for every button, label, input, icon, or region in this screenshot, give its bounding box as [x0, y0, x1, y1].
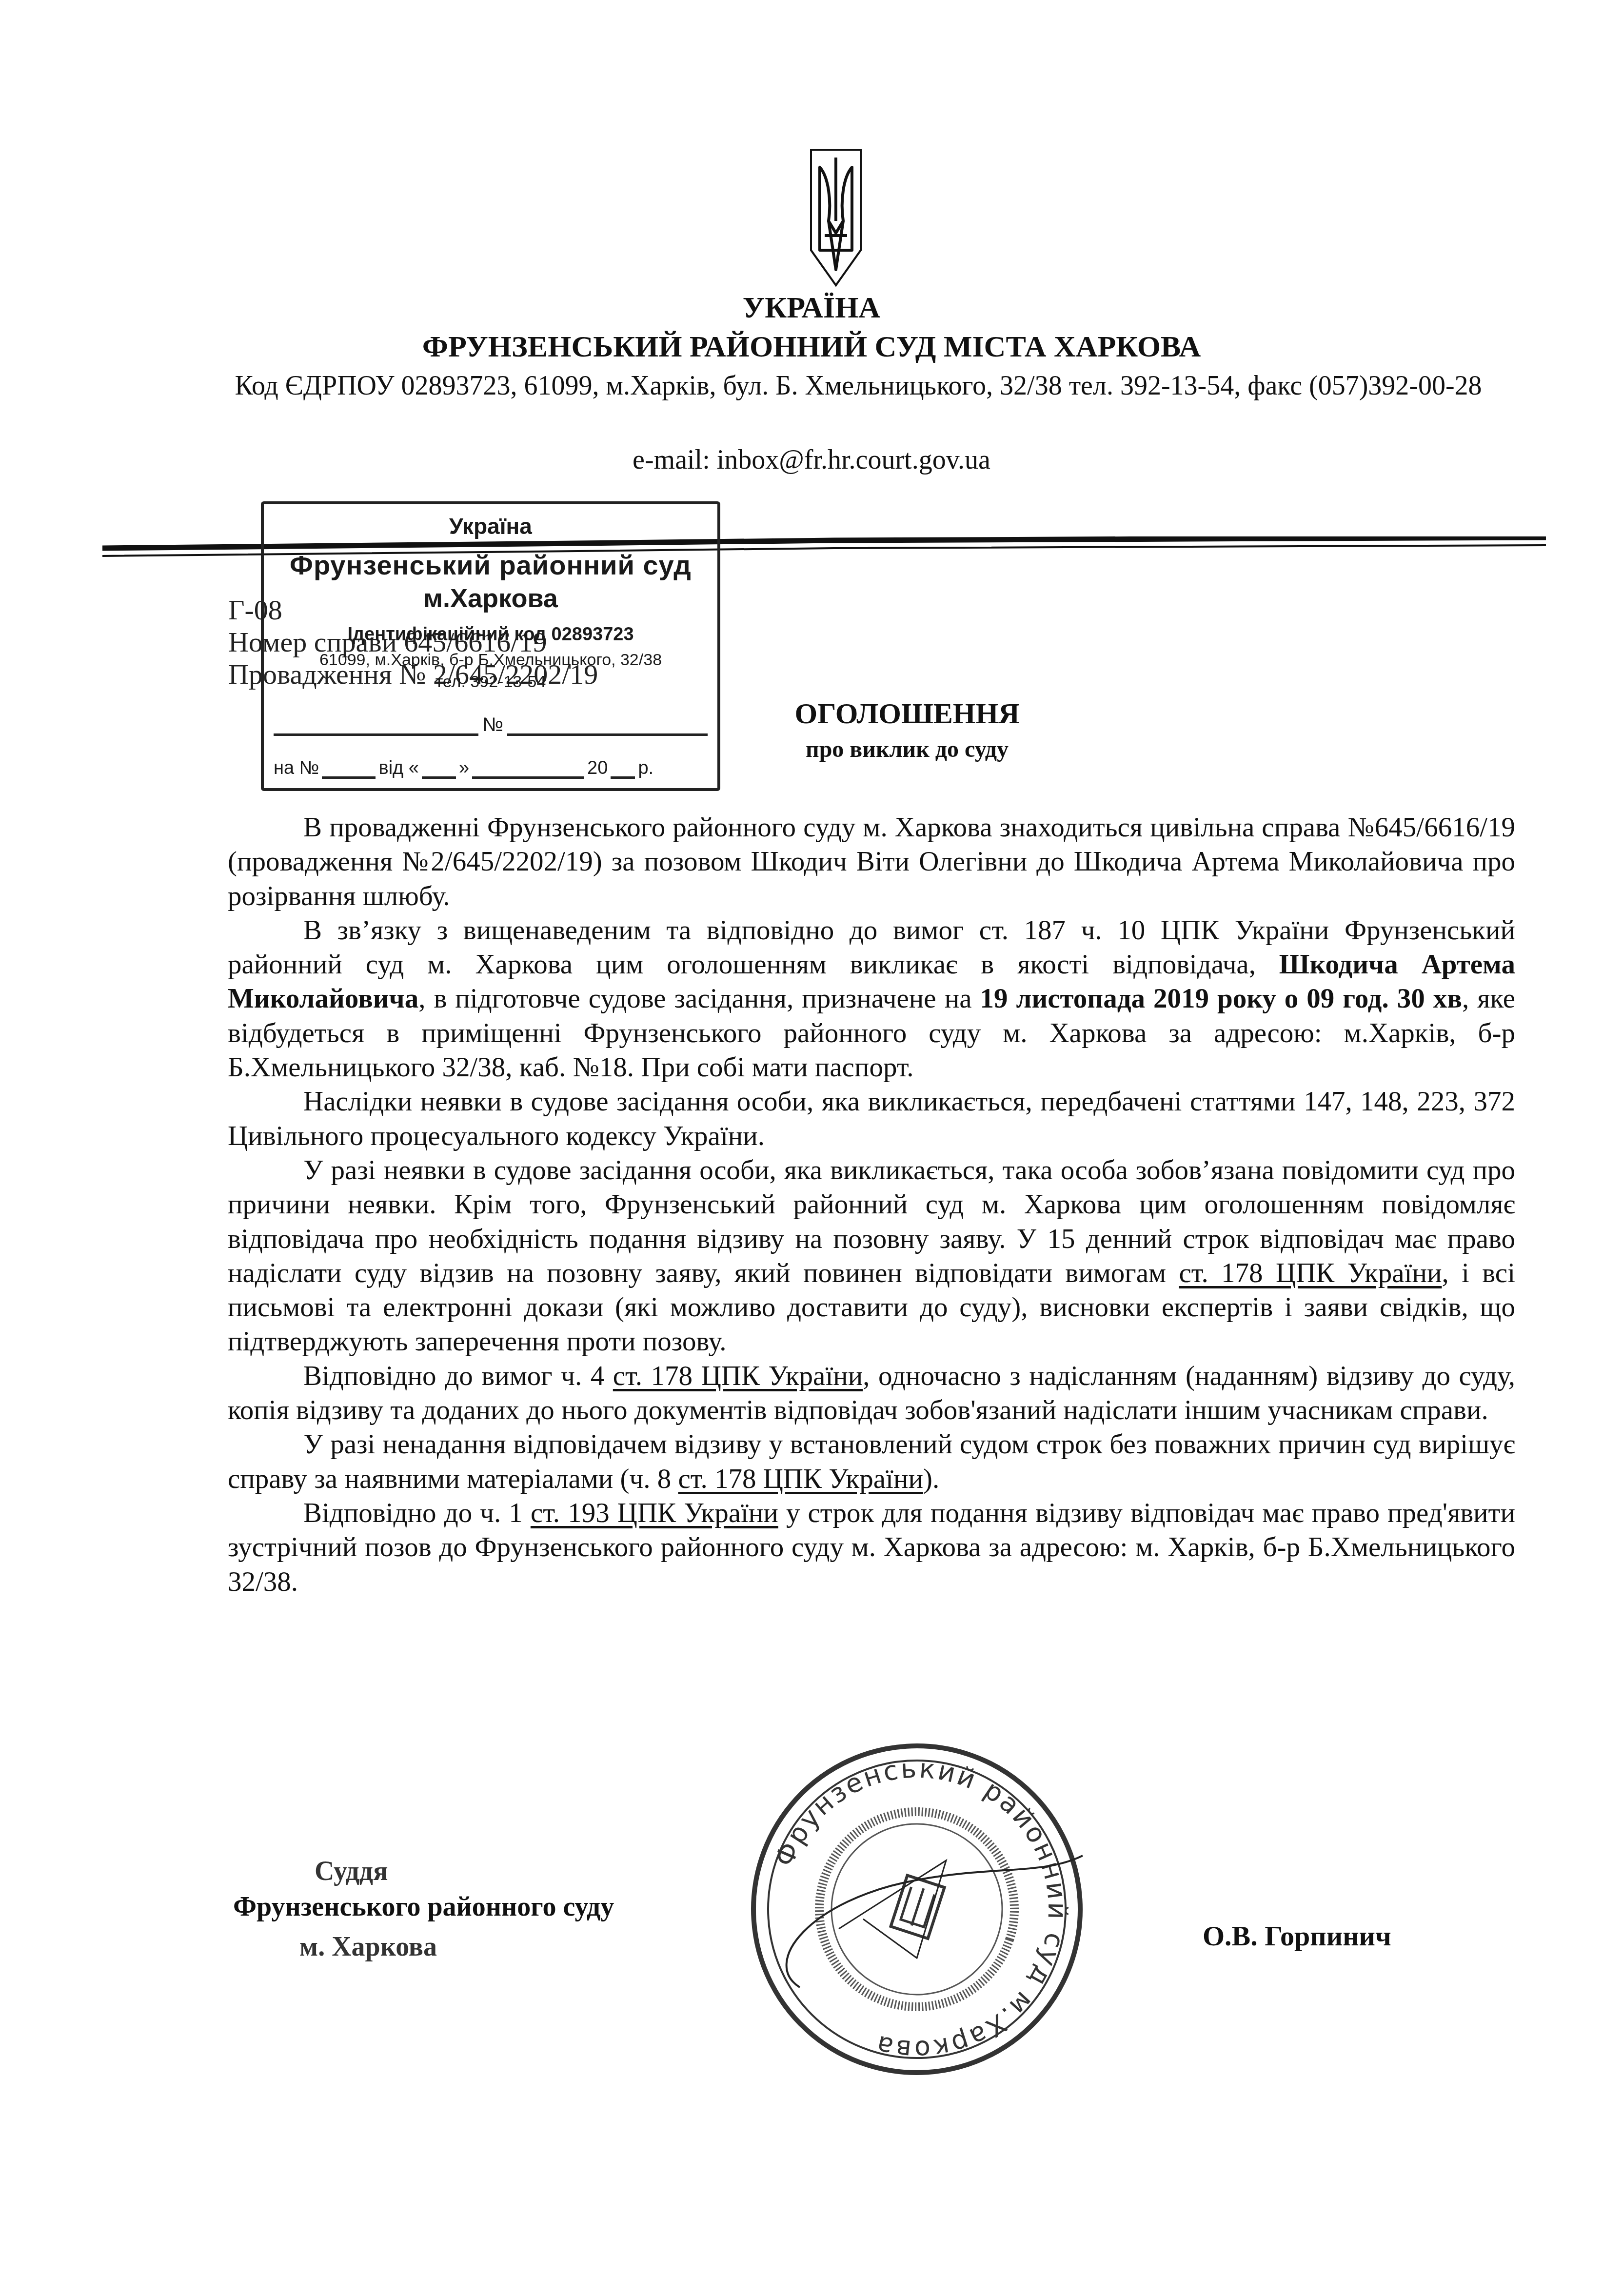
stamp-reply-line: на № від « » 20 р. — [274, 758, 708, 779]
stamp-reply-label: на № — [274, 758, 319, 779]
court-seal-icon: Фрунзенський районний суд м.Харкова — [741, 1734, 1092, 2085]
document-title: ОГОЛОШЕННЯ — [702, 696, 1112, 731]
header-email: e-mail: inbox@fr.hr.court.gov.ua — [0, 444, 1623, 476]
stamp-year-blank — [611, 760, 635, 779]
stamp-court: Фрунзенський районний суд — [264, 549, 717, 581]
header-country: УКРАЇНА — [0, 291, 1623, 325]
law-reference-link[interactable]: ст. 178 ЦПК України — [678, 1464, 923, 1494]
stamp-number-label: № — [482, 714, 503, 736]
paragraph-copies: Відповідно до вимог ч. 4 ст. 178 ЦПК Укр… — [228, 1359, 1515, 1428]
stamp-address: 61099, м.Харків, б-р Б.Хмельницького, 32… — [264, 651, 717, 670]
header-court-name: ФРУНЗЕНСЬКИЙ РАЙОННИЙ СУД МІСТА ХАРКОВА — [0, 330, 1623, 364]
signature-role: Суддя — [315, 1856, 388, 1887]
paragraph-consequences: Наслідки неявки в судове засідання особи… — [228, 1085, 1515, 1153]
law-reference-link[interactable]: ст. 178 ЦПК України — [1179, 1258, 1442, 1288]
law-reference-link[interactable]: ст. 178 ЦПК України — [613, 1361, 863, 1391]
paragraph-response: У разі неявки в судове засідання особи, … — [228, 1153, 1515, 1359]
stamp-number-blank — [507, 717, 708, 736]
registration-stamp: Україна Фрунзенський районний суд м.Харк… — [261, 501, 720, 791]
law-reference-link[interactable]: ст. 193 ЦПК України — [531, 1498, 778, 1528]
stamp-from-label: від « — [378, 758, 419, 779]
paragraph-counterclaim: Відповідно до ч. 1 ст. 193 ЦПК України у… — [228, 1496, 1515, 1599]
text: ). — [923, 1464, 939, 1494]
hearing-date: 19 листопада 2019 року о 09 год. 30 хв — [980, 983, 1462, 1014]
stamp-phone: тел. 392-13-54 — [264, 673, 717, 692]
stamp-month-blank — [472, 760, 584, 779]
stamp-city: м.Харкова — [264, 583, 717, 614]
stamp-year-prefix: 20 — [587, 758, 608, 779]
stamp-reply-blank — [322, 760, 376, 779]
stamp-day-blank — [422, 760, 456, 779]
text: Відповідно до ч. 1 — [303, 1498, 531, 1528]
stamp-year-suffix: р. — [638, 758, 653, 779]
text: Відповідно до вимог ч. 4 — [303, 1361, 613, 1391]
coat-of-arms-icon — [809, 148, 863, 287]
stamp-date-blank — [274, 717, 478, 736]
judge-name: О.В. Горпинич — [1203, 1920, 1391, 1952]
signature-court: Фрунзенського районного суду — [233, 1891, 614, 1922]
paragraph-case: В провадженні Фрунзенського районного су… — [228, 811, 1515, 913]
document-subtitle: про виклик до суду — [702, 735, 1112, 764]
stamp-quote: » — [459, 758, 469, 779]
document-body: В провадженні Фрунзенського районного су… — [228, 811, 1515, 1599]
header-address: Код ЄДРПОУ 02893723, 61099, м.Харків, бу… — [195, 370, 1522, 402]
paragraph-default: У разі ненадання відповідачем відзиву у … — [228, 1427, 1515, 1496]
signature-city: м. Харкова — [299, 1931, 437, 1962]
paragraph-summons: В зв’язку з вищенаведеним та відповідно … — [228, 913, 1515, 1085]
stamp-country: Україна — [264, 513, 717, 539]
stamp-id-code: Ідентифікаційний код 02893723 — [264, 624, 717, 645]
stamp-outgoing-line: № — [274, 714, 708, 736]
text: , в підготовче судове засідання, признач… — [418, 983, 980, 1014]
